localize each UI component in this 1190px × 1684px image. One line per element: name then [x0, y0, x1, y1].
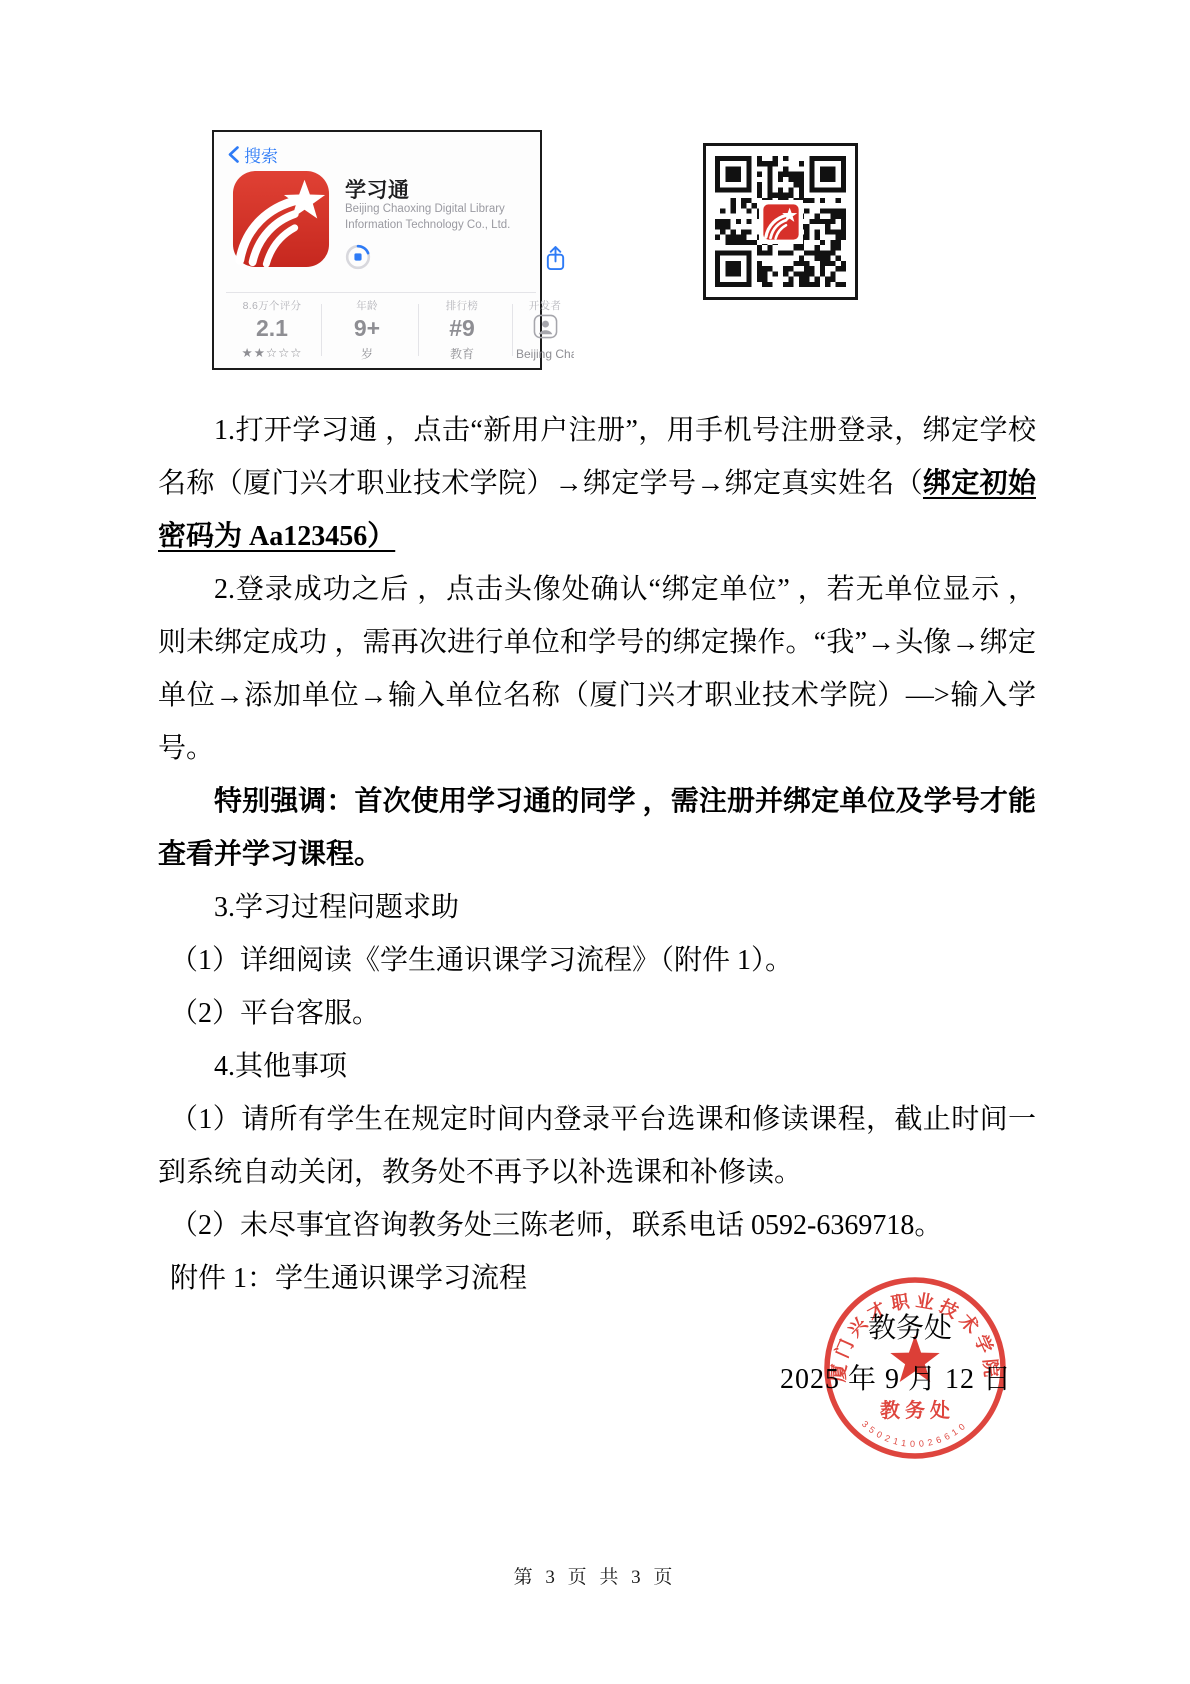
- appstore-screenshot: 搜索 学习通 Beijing Chaoxing Digital Library …: [212, 130, 542, 370]
- seal-center-label: 教 务 处: [880, 1398, 950, 1422]
- appstore-back: 搜索: [228, 142, 278, 167]
- stat-ratings-label: 8.6万个评分: [220, 298, 324, 313]
- stats-divider: [226, 292, 536, 293]
- paragraph: 2.登录成功之后 ，点击头像处确认“绑定单位” ，若无单位显示 ，则未绑定成功 …: [158, 563, 1036, 775]
- xuexitong-app-icon: [232, 170, 330, 268]
- text-run: （1）详细阅读《学生通识课学习流程》（附件 1）。: [170, 945, 793, 976]
- text-run: 附件 1：学生通识课学习流程: [170, 1263, 527, 1294]
- back-label: 搜索: [244, 142, 278, 167]
- stat-rank: 排行榜 #9 教育: [414, 298, 510, 362]
- paragraph: 1.打开学习通 ，点击“新用户注册”，用手机号注册登录，绑定学校名称（厦门兴才职…: [158, 404, 1036, 563]
- app-title: 学习通: [345, 174, 410, 204]
- stat-rank-value: #9: [414, 315, 510, 342]
- paragraph: （1）详细阅读《学生通识课学习流程》（附件 1）。: [158, 934, 1036, 987]
- stat-rank-label: 排行榜: [414, 298, 510, 313]
- share-icon: [544, 244, 567, 273]
- text-run: （1）请所有学生在规定时间内登录平台选课和修读课程，截止时间一到系统自动关闭，教…: [158, 1104, 1036, 1188]
- paragraph: （1）请所有学生在规定时间内登录平台选课和修读课程，截止时间一到系统自动关闭，教…: [158, 1093, 1036, 1199]
- chevron-left-icon: [228, 146, 239, 163]
- text-run: 1.打开学习通 ，点击“新用户注册”，用手机号注册登录，绑定学校名称（厦门兴才职…: [158, 415, 1036, 499]
- qr-center-logo: [759, 200, 803, 244]
- download-progress-icon: [345, 244, 371, 270]
- stat-age: 年龄 9+ 岁: [324, 298, 410, 362]
- text-run: 4.其他事项: [214, 1051, 347, 1082]
- stat-developer-sub: Beijing Chao: [516, 347, 574, 361]
- seal-star-icon: [890, 1335, 939, 1382]
- stat-developer-label: 开发者: [516, 298, 574, 313]
- paragraph: 3.学习过程问题求助: [158, 881, 1036, 934]
- developer-person-icon: [533, 314, 558, 339]
- stat-ratings-value: 2.1: [220, 315, 324, 342]
- stat-rank-sub: 教育: [414, 345, 510, 362]
- stats-column-divider: [512, 304, 513, 356]
- document-page: 搜索 学习通 Beijing Chaoxing Digital Library …: [0, 0, 1190, 1684]
- developer-name-line1: Beijing Chaoxing Digital Library: [345, 203, 505, 215]
- developer-name-line2: Information Technology Co., Ltd.: [345, 219, 510, 231]
- qr-code: [703, 143, 858, 300]
- page-number-footer: 第 3 页 共 3 页: [0, 1562, 1190, 1589]
- paragraph: 4.其他事项: [158, 1040, 1036, 1093]
- text-run: （2）未尽事宜咨询教务处三陈老师，联系电话 0592-6369718。: [170, 1210, 942, 1241]
- stat-ratings-stars: ★★☆☆☆: [220, 345, 324, 360]
- stat-age-sub: 岁: [324, 345, 410, 362]
- body-text: 1.打开学习通 ，点击“新用户注册”，用手机号注册登录，绑定学校名称（厦门兴才职…: [158, 404, 1036, 1305]
- text-run: 特别强调：首次使用学习通的同学 ，需注册并绑定单位及学号才能查看并学习课程。: [158, 786, 1036, 870]
- stat-developer: 开发者 Beijing Chao: [516, 298, 574, 361]
- stat-age-label: 年龄: [324, 298, 410, 313]
- official-seal: 厦门兴才职业技术学院 教 务 处 3502110026610: [818, 1271, 1012, 1465]
- paragraph: （2）平台客服。: [158, 987, 1036, 1040]
- xuexitong-mini-icon: [763, 204, 799, 240]
- text-run: 3.学习过程问题求助: [214, 892, 459, 923]
- text-run: （2）平台客服。: [170, 998, 380, 1029]
- text-run: 2.登录成功之后 ，点击头像处确认“绑定单位” ，若无单位显示 ，则未绑定成功 …: [158, 574, 1036, 764]
- paragraph: 特别强调：首次使用学习通的同学 ，需注册并绑定单位及学号才能查看并学习课程。: [158, 775, 1036, 881]
- stat-ratings: 8.6万个评分 2.1 ★★☆☆☆: [220, 298, 324, 360]
- stat-age-value: 9+: [324, 315, 410, 342]
- paragraph: （2）未尽事宜咨询教务处三陈老师，联系电话 0592-6369718。: [158, 1199, 1036, 1252]
